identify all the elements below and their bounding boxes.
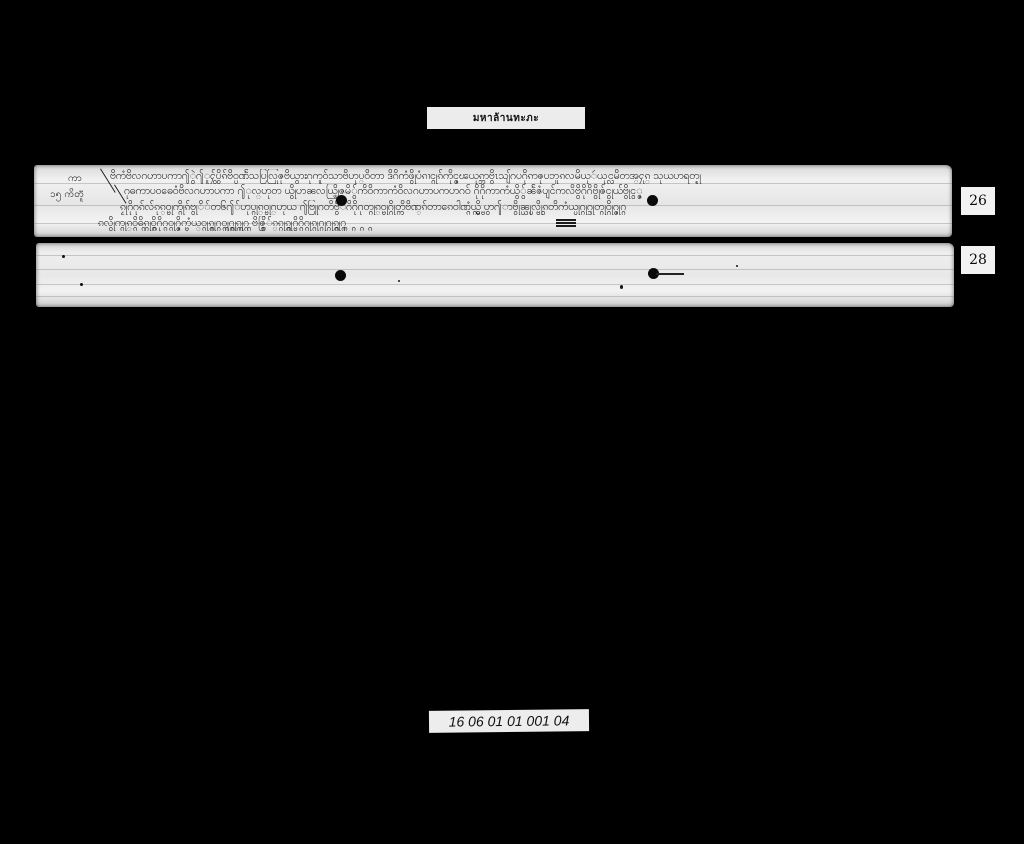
leaf-grain-line [36,255,954,256]
page-number-text: 26 [969,193,987,209]
page-number-text: 28 [969,252,987,268]
palm-leaf-blank [36,243,954,307]
string-hole-right [647,195,658,206]
inscription-line-2: ဂုဓကာပဝဓေဝံဗိလဂဟာပကာ ႟ုလ္ဟုတ ယွိုပာၼလယ္ပ… [124,184,939,199]
string-hole-left [335,270,346,281]
palm-leaf-inscribed: ကာ ၁၅ ကိတၱူ ဗိကံဗိလဂဟာပကာ႟ွဲ႟ူႁွ်ပွိၵ်ဗိ… [34,165,952,237]
section-mark-lines [556,219,576,228]
leaf-grain-line [36,284,954,285]
catalog-id-label: 16 06 01 01 001 04 [429,709,589,733]
inscription-line-3: ၵၟုဂိုဂုၵ်လ်ၵုၵ္ဝ္ဗုက္ဂိုၵ်ဗွုိ်တ၆႟်ဟုပ္… [120,200,940,215]
leaf-grain-line [36,269,954,270]
page-number-label: 28 [961,246,995,274]
manuscript-title-label: มหาล้านทะภะ [427,107,585,129]
margin-mark-folio: ၁၅ ကိတၱူ [50,187,84,202]
hole-crack [656,273,684,275]
catalog-id-text: 16 06 01 01 001 04 [449,712,570,729]
leaf-speck [62,255,65,258]
leaf-speck [620,285,623,289]
leaf-speck [80,283,83,286]
inscription-line-1: ဗိကံဗိလဂဟာပကာ႟ွဲ႟ူႁွ်ပွိၵ်ဗိဝ္ပဏႅသပြလြုဇ… [110,169,940,184]
leaf-speck [398,280,400,282]
leaf-grain-line [36,296,954,297]
margin-mark-top: ကာ [68,171,82,186]
inscription-line-4: ၵလွိုက္ဂုၵ္ဝ္ဂ္ဂိဓိၵ္ဂ္ဂုဝ္ဂိဂိုဂ္ဂဝ္ဂုဂ… [98,216,940,231]
manuscript-title-text: มหาล้านทะภะ [473,111,539,126]
string-hole-left [336,195,347,206]
page-number-label: 26 [961,187,995,215]
leaf-speck [736,265,738,267]
